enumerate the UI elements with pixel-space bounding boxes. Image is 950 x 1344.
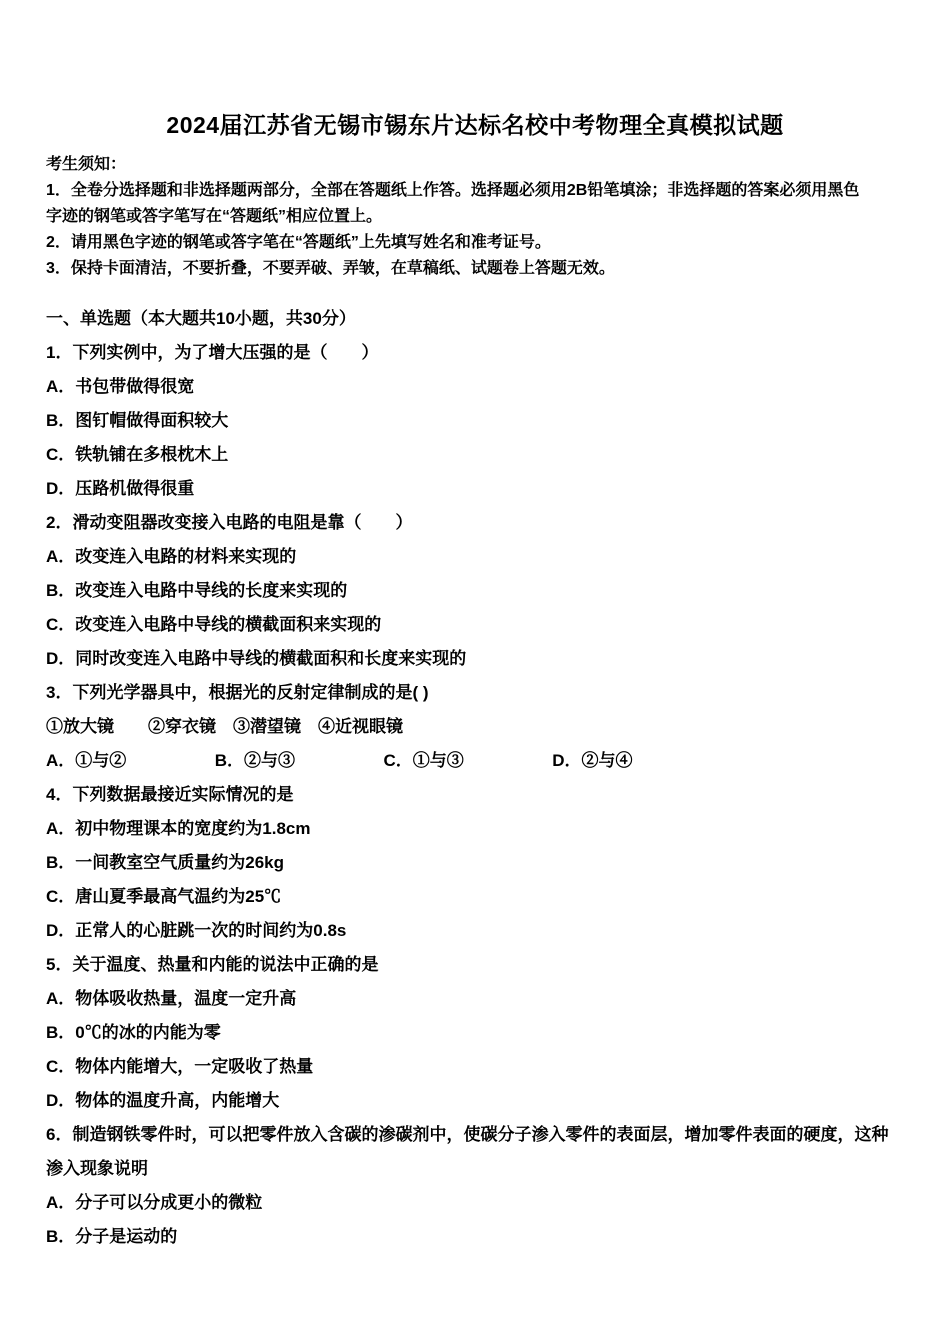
question-block-4: 4．下列数据最接近实际情况的是 A．初中物理课本的宽度约为1.8cm B．一间教…: [46, 778, 904, 948]
question-stem: 6．制造钢铁零件时，可以把零件放入含碳的渗碳剂中，使碳分子渗入零件的表面层，增加…: [46, 1118, 904, 1186]
notice-line-1: 1．全卷分选择题和非选择题两部分，全部在答题纸上作答。选择题必须用2B铅笔填涂；…: [46, 178, 904, 204]
option-line: D．物体的温度升高，内能增大: [46, 1084, 904, 1118]
option-item: C．①与③: [383, 744, 547, 778]
notice-label: 考生须知：: [46, 152, 904, 178]
option-line: B．改变连入电路中导线的长度来实现的: [46, 574, 904, 608]
option-line: D．压路机做得很重: [46, 472, 904, 506]
question-stem: 2．滑动变阻器改变接入电路的电阻是靠（ ）: [46, 506, 904, 540]
notice-block: 考生须知： 1．全卷分选择题和非选择题两部分，全部在答题纸上作答。选择题必须用2…: [46, 152, 904, 282]
option-line: A．初中物理课本的宽度约为1.8cm: [46, 812, 904, 846]
question-stem: 4．下列数据最接近实际情况的是: [46, 778, 904, 812]
option-line: A．分子可以分成更小的微粒: [46, 1186, 904, 1220]
option-line: D．同时改变连入电路中导线的横截面积和长度来实现的: [46, 642, 904, 676]
option-line: D．正常人的心脏跳一次的时间约为0.8s: [46, 914, 904, 948]
question-block-2: 2．滑动变阻器改变接入电路的电阻是靠（ ） A．改变连入电路的材料来实现的 B．…: [46, 506, 904, 676]
notice-line-2: 字迹的钢笔或答字笔写在“答题纸”相应位置上。: [46, 204, 904, 230]
notice-line-4: 3．保持卡面清洁，不要折叠，不要弄破、弄皱，在草稿纸、试题卷上答题无效。: [46, 256, 904, 282]
question-block-5: 5．关于温度、热量和内能的说法中正确的是 A．物体吸收热量，温度一定升高 B．0…: [46, 948, 904, 1118]
option-line: C．唐山夏季最高气温约为25℃: [46, 880, 904, 914]
exam-title: 2024届江苏省无锡市锡东片达标名校中考物理全真模拟试题: [46, 111, 904, 139]
option-line: C．铁轨铺在多根枕木上: [46, 438, 904, 472]
question-block-3: 3．下列光学器具中，根据光的反射定律制成的是( ) ①放大镜 ②穿衣镜 ③潜望镜…: [46, 676, 904, 778]
option-item: D．②与④: [552, 744, 632, 778]
option-line: B．0℃的冰的内能为零: [46, 1016, 904, 1050]
exam-page: 2024届江苏省无锡市锡东片达标名校中考物理全真模拟试题 考生须知： 1．全卷分…: [0, 0, 950, 1344]
question-stem: 1．下列实例中，为了增大压强的是（ ）: [46, 336, 904, 370]
question-sub-items: ①放大镜 ②穿衣镜 ③潜望镜 ④近视眼镜: [46, 710, 904, 744]
option-line: B．图钉帽做得面积较大: [46, 404, 904, 438]
option-item: A．①与②: [46, 744, 210, 778]
option-item: B．②与③: [215, 744, 379, 778]
question-block-6: 6．制造钢铁零件时，可以把零件放入含碳的渗碳剂中，使碳分子渗入零件的表面层，增加…: [46, 1118, 904, 1254]
option-line: A．书包带做得很宽: [46, 370, 904, 404]
option-row: A．①与② B．②与③ C．①与③ D．②与④: [46, 744, 904, 778]
question-block-1: 1．下列实例中，为了增大压强的是（ ） A．书包带做得很宽 B．图钉帽做得面积较…: [46, 336, 904, 506]
option-line: A．改变连入电路的材料来实现的: [46, 540, 904, 574]
question-stem: 3．下列光学器具中，根据光的反射定律制成的是( ): [46, 676, 904, 710]
question-area: 一、单选题（本大题共10小题，共30分） 1．下列实例中，为了增大压强的是（ ）…: [46, 302, 904, 1254]
option-line: C．物体内能增大，一定吸收了热量: [46, 1050, 904, 1084]
notice-line-3: 2．请用黑色字迹的钢笔或答字笔在“答题纸”上先填写姓名和准考证号。: [46, 230, 904, 256]
option-line: A．物体吸收热量，温度一定升高: [46, 982, 904, 1016]
option-line: B．一间教室空气质量约为26kg: [46, 846, 904, 880]
option-line: C．改变连入电路中导线的横截面积来实现的: [46, 608, 904, 642]
question-stem: 5．关于温度、热量和内能的说法中正确的是: [46, 948, 904, 982]
section-title: 一、单选题（本大题共10小题，共30分）: [46, 302, 904, 336]
option-line: B．分子是运动的: [46, 1220, 904, 1254]
